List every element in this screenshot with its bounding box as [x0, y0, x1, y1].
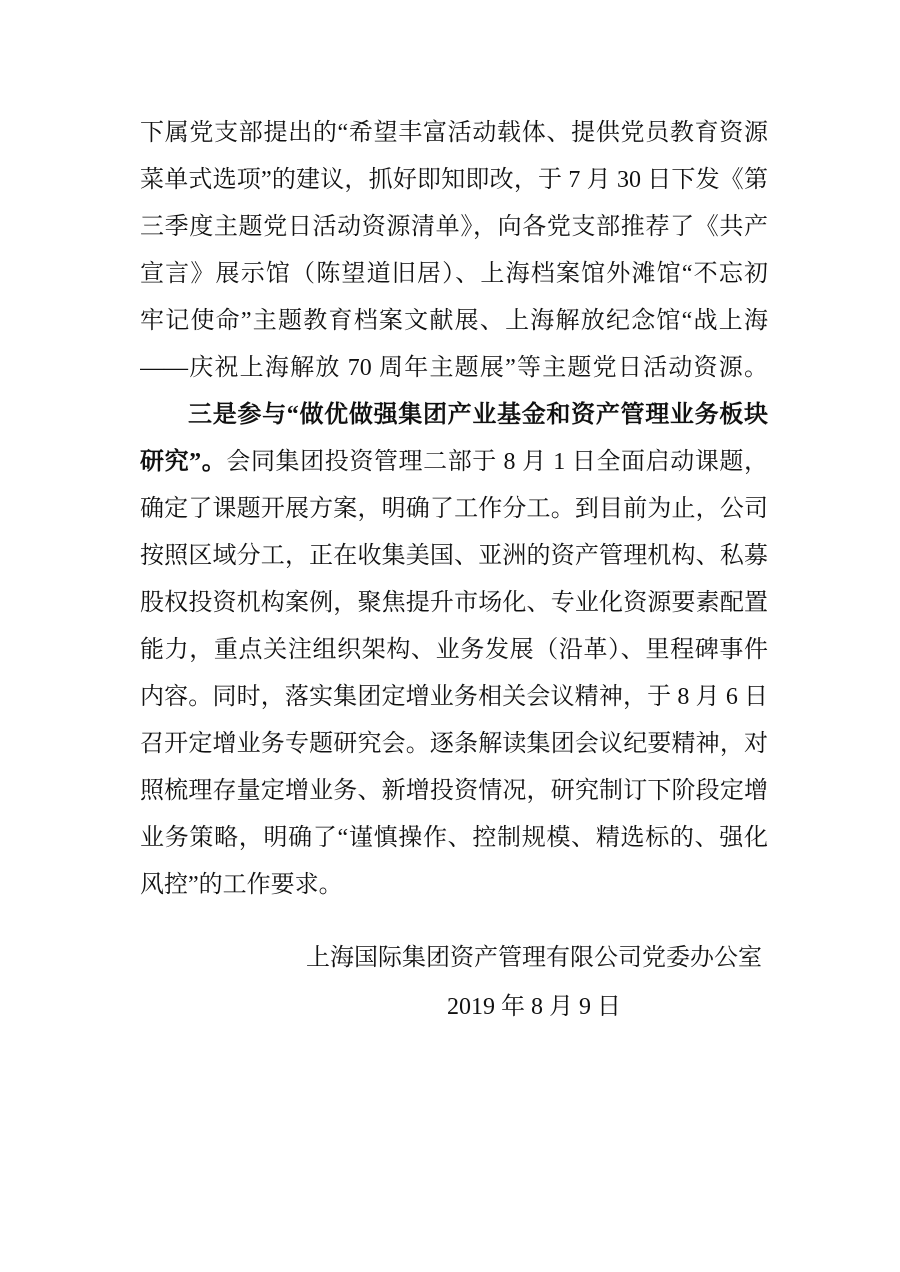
body-line: 风控”的工作要求。: [140, 862, 768, 909]
closing-inner: 上海国际集团资产管理有限公司党委办公室 2019 年 8 月 9 日: [306, 935, 762, 1032]
body-line: 召开定增业务专题研究会。逐条解读集团会议纪要精神，对: [140, 721, 768, 768]
body-line: 三季度主题党日活动资源清单》，向各党支部推荐了《共产党: [140, 204, 768, 251]
body-text: 会同集团投资管理二部于 8 月 1 日全面启动课题，: [226, 449, 768, 475]
body-line: 业务策略，明确了“谨慎操作、控制规模、精选标的、强化: [140, 815, 768, 862]
body-line: 下属党支部提出的“希望丰富活动载体、提供党员教育资源: [140, 110, 768, 157]
closing-block: 上海国际集团资产管理有限公司党委办公室 2019 年 8 月 9 日: [140, 935, 762, 1032]
signature-line: 上海国际集团资产管理有限公司党委办公室: [306, 935, 762, 982]
body-line: 照梳理存量定增业务、新增投资情况，研究制订下阶段定增: [140, 768, 768, 815]
lead-in-bold: 研究”。: [140, 449, 226, 475]
body-line: 菜单式选项”的建议，抓好即知即改，于 7 月 30 日下发《第: [140, 157, 768, 204]
body-line: 牢记使命”主题教育档案文献展、上海解放纪念馆“战上海: [140, 298, 768, 345]
document-body: 下属党支部提出的“希望丰富活动载体、提供党员教育资源菜单式选项”的建议，抓好即知…: [140, 110, 768, 909]
body-line: 股权投资机构案例，聚焦提升市场化、专业化资源要素配置: [140, 580, 768, 627]
body-line: 研究”。会同集团投资管理二部于 8 月 1 日全面启动课题，: [140, 439, 768, 486]
body-line: 按照区域分工，正在收集美国、亚洲的资产管理机构、私募: [140, 533, 768, 580]
body-line: 能力，重点关注组织架构、业务发展（沿革）、里程碑事件等: [140, 627, 768, 674]
paragraph-lead-bold-line: 三是参与“做优做强集团产业基金和资产管理业务板块: [140, 392, 768, 439]
body-line: 确定了课题开展方案，明确了工作分工。到目前为止，公司: [140, 486, 768, 533]
document-page: 下属党支部提出的“希望丰富活动载体、提供党员教育资源菜单式选项”的建议，抓好即知…: [0, 0, 900, 1272]
body-line: 内容。同时，落实集团定增业务相关会议精神，于 8 月 6 日: [140, 674, 768, 721]
body-line: 宣言》展示馆（陈望道旧居）、上海档案馆外滩馆“不忘初心、: [140, 251, 768, 298]
date-line: 2019 年 8 月 9 日: [306, 982, 762, 1032]
paragraph-1: 下属党支部提出的“希望丰富活动载体、提供党员教育资源菜单式选项”的建议，抓好即知…: [140, 110, 768, 392]
paragraph-2: 确定了课题开展方案，明确了工作分工。到目前为止，公司按照区域分工，正在收集美国、…: [140, 486, 768, 909]
body-line: ——庆祝上海解放 70 周年主题展”等主题党日活动资源。: [140, 345, 768, 392]
